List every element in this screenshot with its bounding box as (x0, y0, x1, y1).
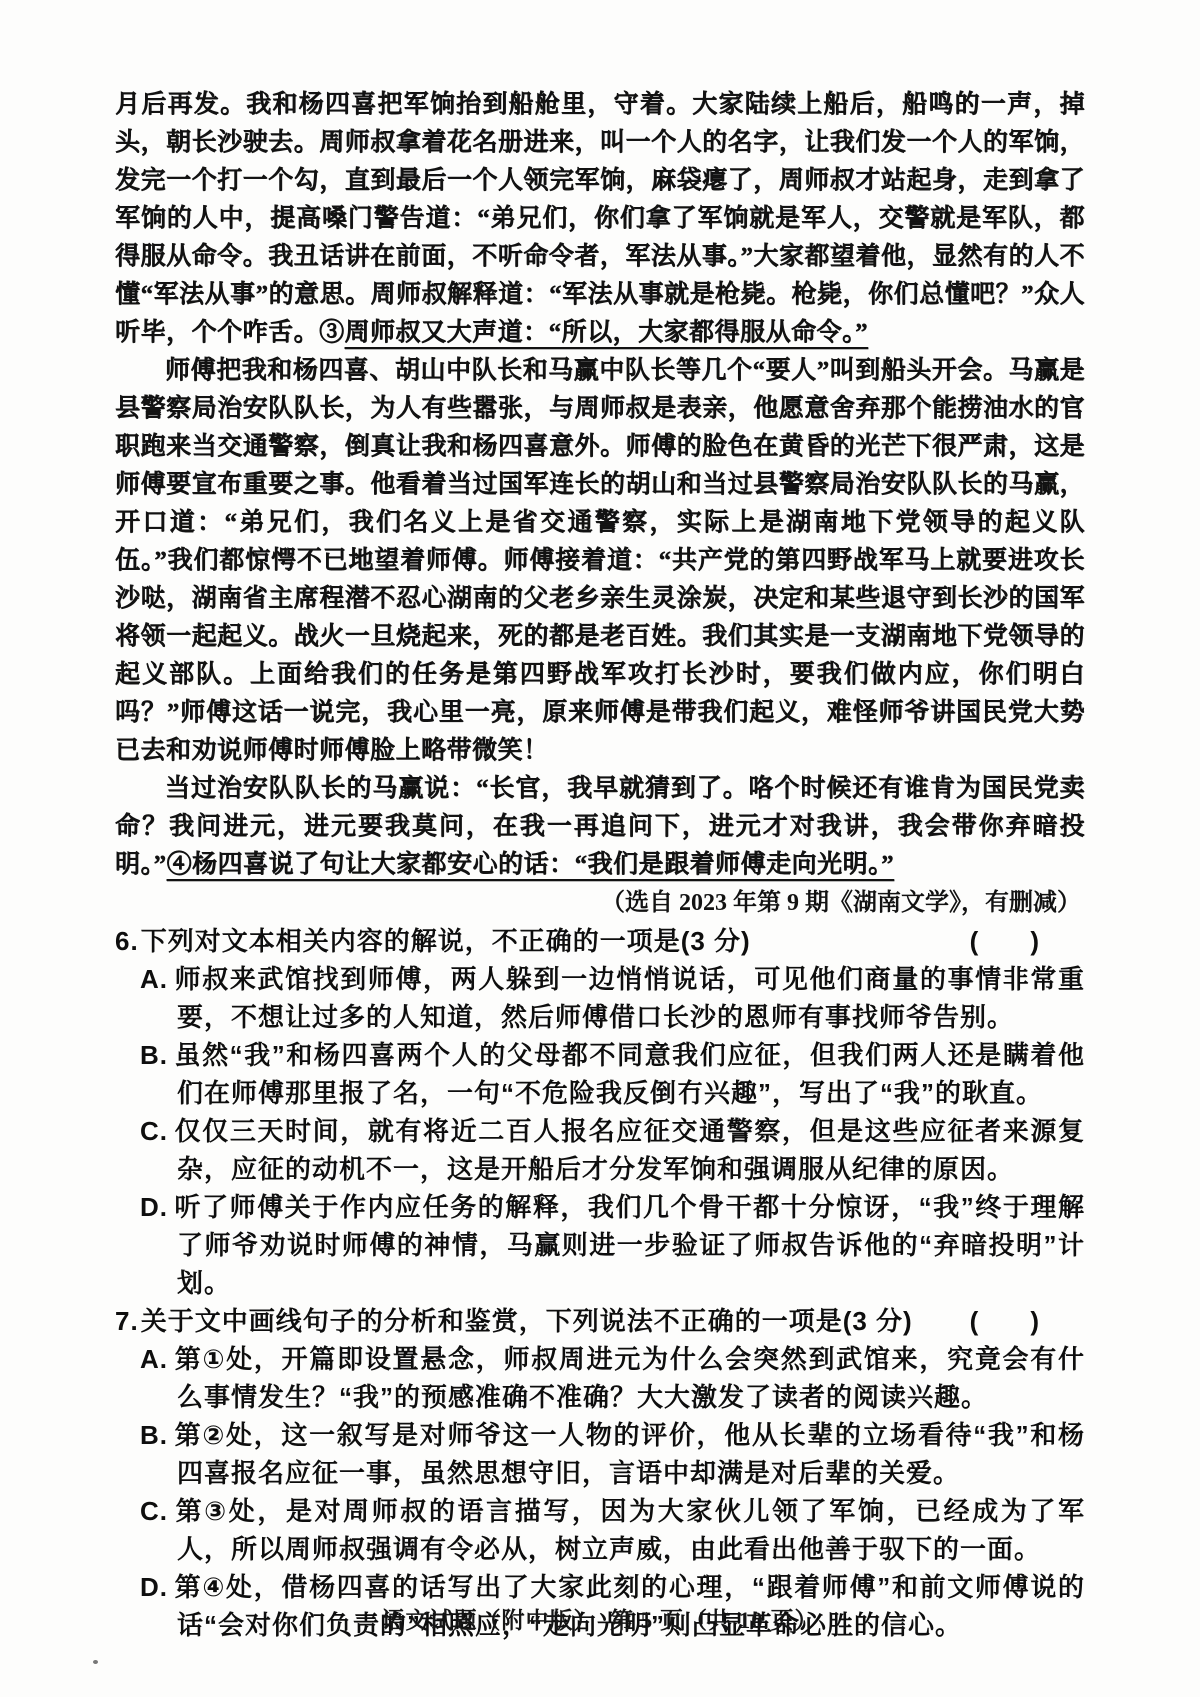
passage-text-1: 月后再发。我和杨四喜把军饷抬到船舱里，守着。大家陆续上船后，船鸣的一声，掉头，朝… (115, 91, 1085, 346)
question-number: 6. (115, 926, 139, 956)
question-7-header: 7.关于文中画线句子的分析和鉴赏，下列说法不正确的一项是(3 分) ( ) (115, 1302, 1085, 1340)
option-label: D. (140, 1192, 168, 1222)
passage-paragraph-2: 师傅把我和杨四喜、胡山中队长和马赢中队长等几个“要人”叫到船头开会。马赢是县警察… (115, 352, 1085, 770)
option-label: B. (140, 1040, 168, 1070)
option-text: 仅仅三天时间，就有将近二百人报名应征交通警察，但是这些应征者来源复杂，应征的动机… (174, 1116, 1085, 1184)
option-6-A: A.师叔来武馆找到师傅，两人躲到一边悄悄说话，可见他们商量的事情非常重要，不想让… (115, 960, 1085, 1036)
passage-paragraph-3: 当过治安队队长的马赢说：“长官，我早就猜到了。咯个时候还有谁肯为国民党卖命？我问… (115, 770, 1085, 884)
option-label: D. (140, 1572, 168, 1602)
option-7-C: C.第③处，是对周师叔的语言描写，因为大家伙儿领了军饷，已经成为了军人，所以周师… (115, 1492, 1085, 1568)
exam-page: 月后再发。我和杨四喜把军饷抬到船舱里，守着。大家陆续上船后，船鸣的一声，掉头，朝… (0, 0, 1200, 1697)
option-6-D: D.听了师傅关于作内应任务的解释，我们几个骨干都十分惊讶，“我”终于理解了师爷劝… (115, 1188, 1085, 1302)
question-stem: 下列对文本相关内容的解说，不正确的一项是(3 分) (141, 926, 751, 956)
question-6-header: 6.下列对文本相关内容的解说，不正确的一项是(3 分) ( ) (115, 922, 1085, 960)
option-text: 师叔来武馆找到师傅，两人躲到一边悄悄说话，可见他们商量的事情非常重要，不想让过多… (174, 964, 1085, 1032)
option-text: 第①处，开篇即设置悬念，师叔周进元为什么会突然到武馆来，究竟会有什么事情发生？“… (174, 1344, 1085, 1412)
page-footer: 语文试题（附中版） 第 5 页（共 10 页） (0, 1602, 1200, 1635)
question-number: 7. (115, 1306, 139, 1336)
option-6-C: C.仅仅三天时间，就有将近二百人报名应征交通警察，但是这些应征者来源复杂，应征的… (115, 1112, 1085, 1188)
question-7: 7.关于文中画线句子的分析和鉴赏，下列说法不正确的一项是(3 分) ( ) A.… (115, 1302, 1085, 1644)
underlined-sentence-3: 周师叔又大声道：“所以，大家都得服从命令。” (345, 319, 869, 346)
option-label: A. (140, 964, 168, 994)
option-text: 听了师傅关于作内应任务的解释，我们几个骨干都十分惊讶，“我”终于理解了师爷劝说时… (174, 1192, 1085, 1298)
question-stem: 关于文中画线句子的分析和鉴赏，下列说法不正确的一项是(3 分) (141, 1306, 913, 1336)
answer-blank: ( ) (970, 922, 1039, 960)
passage-paragraph-1: 月后再发。我和杨四喜把军饷抬到船舱里，守着。大家陆续上船后，船鸣的一声，掉头，朝… (115, 86, 1085, 352)
option-label: C. (140, 1496, 168, 1526)
option-7-B: B.第②处，这一叙写是对师爷这一人物的评价，他从长辈的立场看待“我”和杨四喜报名… (115, 1416, 1085, 1492)
option-label: C. (140, 1116, 168, 1146)
option-text: 第②处，这一叙写是对师爷这一人物的评价，他从长辈的立场看待“我”和杨四喜报名应征… (174, 1420, 1085, 1488)
answer-blank: ( ) (970, 1302, 1039, 1340)
page-content: 月后再发。我和杨四喜把军饷抬到船舱里，守着。大家陆续上船后，船鸣的一声，掉头，朝… (0, 0, 1200, 1644)
option-6-B: B.虽然“我”和杨四喜两个人的父母都不同意我们应征，但我们两人还是瞒着他们在师傅… (115, 1036, 1085, 1112)
option-label: B. (140, 1420, 168, 1450)
option-7-A: A.第①处，开篇即设置悬念，师叔周进元为什么会突然到武馆来，究竟会有什么事情发生… (115, 1340, 1085, 1416)
option-text: 第③处，是对周师叔的语言描写，因为大家伙儿领了军饷，已经成为了军人，所以周师叔强… (174, 1496, 1085, 1564)
option-text: 虽然“我”和杨四喜两个人的父母都不同意我们应征，但我们两人还是瞒着他们在师傅那里… (174, 1040, 1085, 1108)
scan-speck (93, 1660, 98, 1664)
underlined-sentence-4: ④杨四喜说了句让大家都安心的话：“我们是跟着师傅走向光明。” (167, 851, 895, 878)
question-6: 6.下列对文本相关内容的解说，不正确的一项是(3 分) ( ) A.师叔来武馆找… (115, 922, 1085, 1302)
source-attribution: （选自 2023 年第 9 期《湖南文学》，有删减） (115, 884, 1085, 922)
option-label: A. (140, 1344, 168, 1374)
